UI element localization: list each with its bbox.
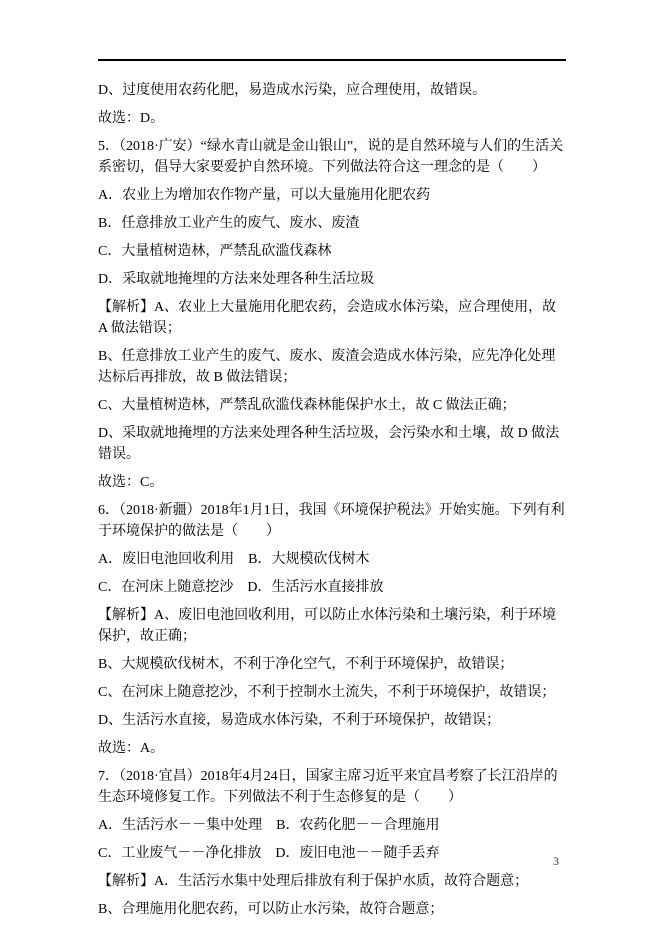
paragraph: B、合理施用化肥农药，可以防止水污染，故符合题意；	[98, 899, 566, 920]
document-page: D、过度使用农药化肥，易造成水污染，应合理使用，故错误。故选：D。5．（2018…	[0, 0, 661, 935]
paragraph: B．任意排放工业产生的废气、废水、废渣	[98, 213, 566, 234]
paragraph: B、大规模砍伐树木，不利于净化空气，不利于环境保护，故错误；	[98, 654, 566, 675]
paragraph: D．采取就地掩埋的方法来处理各种生活垃圾	[98, 269, 566, 290]
paragraph: D、采取就地掩埋的方法来处理各种生活垃圾，会污染水和土壤，故 D 做法错误。	[98, 423, 566, 465]
paragraph: 故选：D。	[98, 108, 566, 129]
paragraph: 6．（2018·新疆）2018年1月1日，我国《环境保护税法》开始实施。下列有利…	[98, 500, 566, 542]
paragraph: 5．（2018·广安）“绿水青山就是金山银山”，说的是自然环境与人们的生活关系密…	[98, 136, 566, 178]
paragraph: A．生活污水－－集中处理 B．农药化肥－－合理施用	[98, 815, 566, 836]
paragraph: C、大量植树造林，严禁乱砍滥伐森林能保护水土，故 C 做法正确；	[98, 395, 566, 416]
paragraph: 【解析】A．生活污水集中处理后排放有利于保护水质，故符合题意；	[98, 871, 566, 892]
header-rule	[98, 59, 566, 61]
paragraph: C．在河床上随意挖沙 D．生活污水直接排放	[98, 577, 566, 598]
paragraph: A．废旧电池回收利用 B．大规模砍伐树木	[98, 549, 566, 570]
paragraph: B、任意排放工业产生的废气、废水、废渣会造成水体污染，应先净化处理达标后再排放，…	[98, 346, 566, 388]
paragraph: 故选：A。	[98, 738, 566, 759]
paragraph: A．农业上为增加农作物产量，可以大量施用化肥农药	[98, 185, 566, 206]
paragraph: 7．（2018·宜昌）2018年4月24日，国家主席习近平来宜昌考察了长江沿岸的…	[98, 766, 566, 808]
paragraph: 【解析】A、农业上大量施用化肥农药，会造成水体污染，应合理使用，故 A 做法错误…	[98, 297, 566, 339]
paragraph: C．工业废气－－净化排放 D．废旧电池－－随手丢弃	[98, 843, 566, 864]
paragraph: D、生活污水直接，易造成水体污染，不利于环境保护，故错误；	[98, 710, 566, 731]
paragraph: C、在河床上随意挖沙，不利于控制水土流失，不利于环境保护，故错误；	[98, 682, 566, 703]
paragraph: C．大量植树造林，严禁乱砍滥伐森林	[98, 241, 566, 262]
paragraph: 故选：C。	[98, 472, 566, 493]
document-body: D、过度使用农药化肥，易造成水污染，应合理使用，故错误。故选：D。5．（2018…	[98, 80, 566, 927]
paragraph: D、过度使用农药化肥，易造成水污染，应合理使用，故错误。	[98, 80, 566, 101]
page-number: 3	[553, 854, 559, 868]
paragraph: 【解析】A、废旧电池回收利用，可以防止水体污染和土壤污染，利于环境保护，故正确；	[98, 605, 566, 647]
